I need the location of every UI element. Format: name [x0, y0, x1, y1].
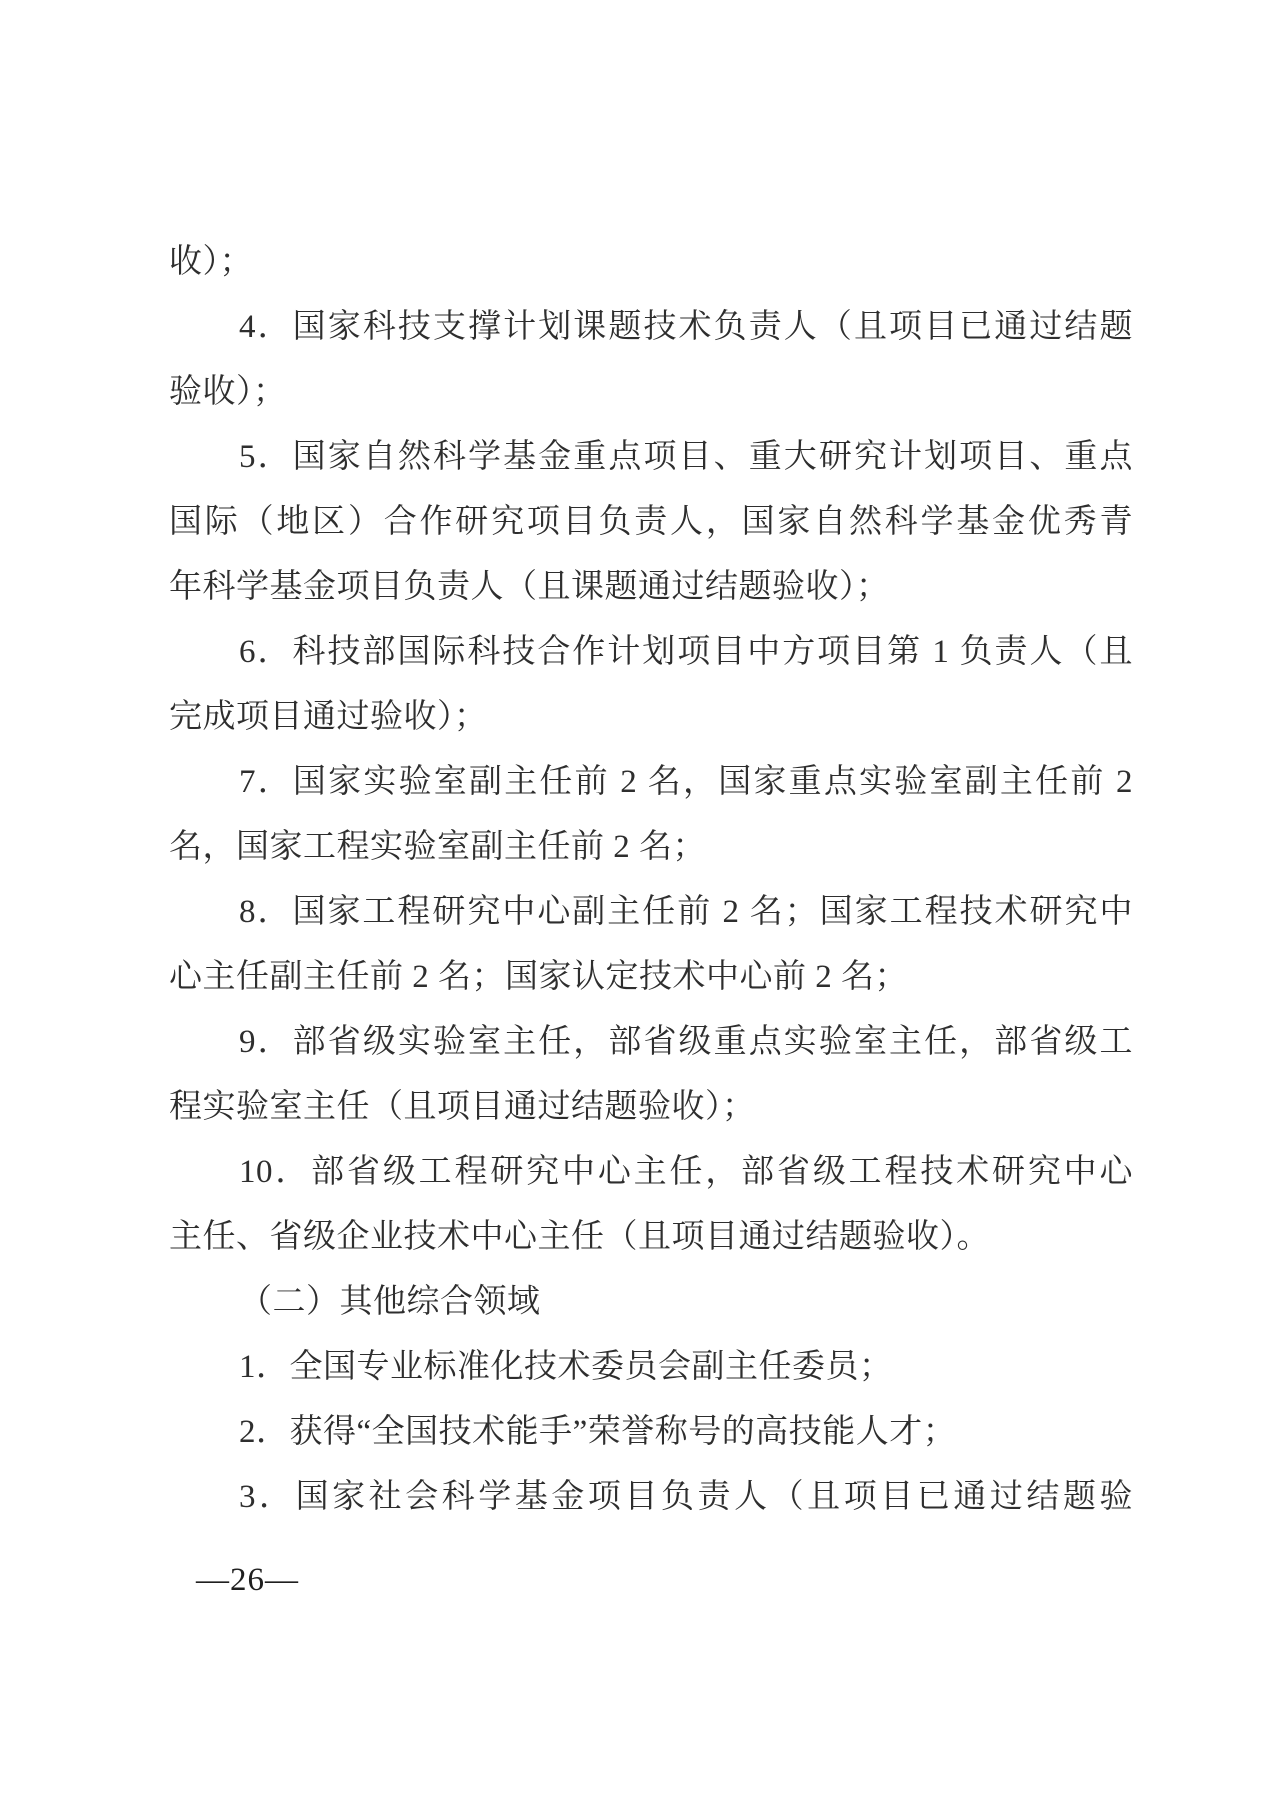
text-line: 3．国家社会科学基金项目负责人（且项目已通过结题验	[169, 1465, 1133, 1530]
text-line: （二）其他综合领域	[169, 1270, 1133, 1335]
text-line: 名，国家工程实验室副主任前 2 名；	[169, 815, 1133, 880]
text-line: 心主任副主任前 2 名；国家认定技术中心前 2 名；	[169, 945, 1133, 1010]
document-page: 收）；4．国家科技支撑计划课题技术负责人（且项目已通过结题验收）；5．国家自然科…	[0, 0, 1280, 1810]
text-line: 10．部省级工程研究中心主任，部省级工程技术研究中心	[169, 1140, 1133, 1205]
text-line: 程实验室主任（且项目通过结题验收）；	[169, 1075, 1133, 1140]
text-line: 收）；	[169, 230, 1133, 295]
text-line: 2．获得“全国技术能手”荣誉称号的高技能人才；	[169, 1400, 1133, 1465]
text-line: 5．国家自然科学基金重点项目、重大研究计划项目、重点	[169, 425, 1133, 490]
text-line: 年科学基金项目负责人（且课题通过结题验收）；	[169, 555, 1133, 620]
page-number: —26—	[196, 1548, 299, 1613]
text-line: 验收）；	[169, 360, 1133, 425]
document-body: 收）；4．国家科技支撑计划课题技术负责人（且项目已通过结题验收）；5．国家自然科…	[169, 230, 1133, 1530]
text-line: 4．国家科技支撑计划课题技术负责人（且项目已通过结题	[169, 295, 1133, 360]
text-line: 7．国家实验室副主任前 2 名，国家重点实验室副主任前 2	[169, 750, 1133, 815]
text-line: 9．部省级实验室主任，部省级重点实验室主任，部省级工	[169, 1010, 1133, 1075]
text-line: 6．科技部国际科技合作计划项目中方项目第 1 负责人（且	[169, 620, 1133, 685]
text-line: 国际（地区）合作研究项目负责人，国家自然科学基金优秀青	[169, 490, 1133, 555]
text-line: 1．全国专业标准化技术委员会副主任委员；	[169, 1335, 1133, 1400]
text-line: 8．国家工程研究中心副主任前 2 名；国家工程技术研究中	[169, 880, 1133, 945]
text-line: 完成项目通过验收）；	[169, 685, 1133, 750]
text-line: 主任、省级企业技术中心主任（且项目通过结题验收）。	[169, 1205, 1133, 1270]
